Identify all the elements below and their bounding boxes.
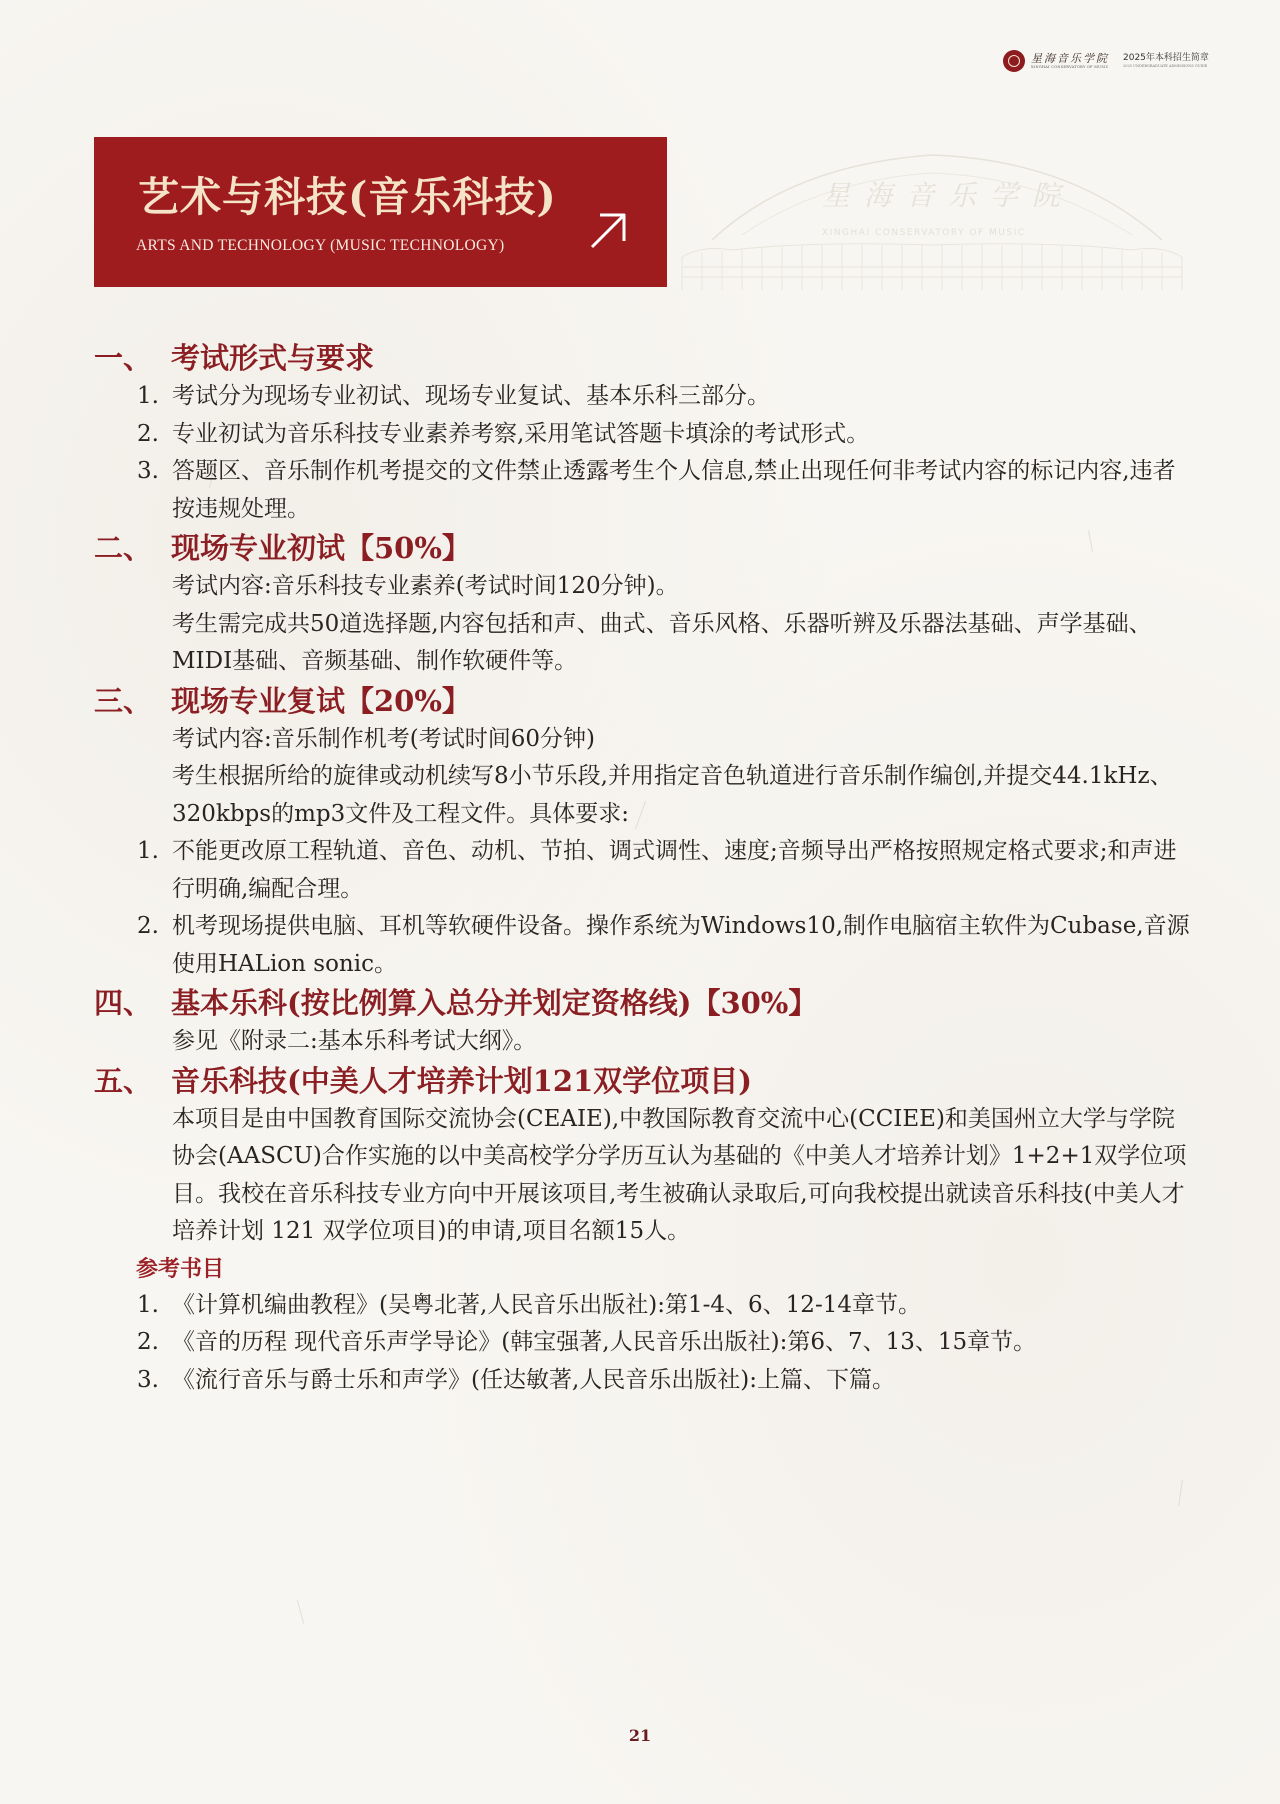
list-item-text: 答题区、音乐制作机考提交的文件禁止透露考生个人信息,禁止出现任何非考试内容的标记… <box>172 453 1194 528</box>
list-item-text: 考试分为现场专业初试、现场专业复试、基本乐科三部分。 <box>172 378 1194 416</box>
reference-text: 《流行音乐与爵士乐和声学》(任达敏著,人民音乐出版社):上篇、下篇。 <box>172 1362 1194 1400</box>
watermark-school-name: 星海音乐学院 <box>822 179 1074 212</box>
exam-requirements-content: 一、 考试形式与要求 1. 考试分为现场专业初试、现场专业复试、基本乐科三部分。… <box>94 338 1194 1399</box>
school-brand-header: 星海音乐学院 XINGHAI CONSERVATORY OF MUSIC 202… <box>1003 50 1209 72</box>
list-item: 2. 机考现场提供电脑、耳机等软硬件设备。操作系统为Windows10,制作电脑… <box>94 908 1194 983</box>
paragraph: 本项目是由中国教育国际交流协会(CEAIE),中教国际教育交流中心(CCIEE)… <box>94 1101 1194 1251</box>
paragraph: 考生需完成共50道选择题,内容包括和声、曲式、音乐风格、乐器听辨及乐器法基础、声… <box>94 606 1194 681</box>
list-item: 1. 不能更改原工程轨道、音色、动机、节拍、调式调性、速度;音频导出严格按照规定… <box>94 833 1194 908</box>
major-title-cn: 艺术与科技(音乐科技) <box>138 164 557 223</box>
reference-text: 《计算机编曲教程》(吴粤北著,人民音乐出版社):第1-4、6、12-14章节。 <box>172 1287 1194 1325</box>
major-title-banner: 艺术与科技(音乐科技) ARTS AND TECHNOLOGY (MUSIC T… <box>94 137 667 287</box>
section-heading: 一、 考试形式与要求 <box>94 338 1194 378</box>
reference-item: 3. 《流行音乐与爵士乐和声学》(任达敏著,人民音乐出版社):上篇、下篇。 <box>94 1362 1194 1400</box>
list-item-text: 机考现场提供电脑、耳机等软硬件设备。操作系统为Windows10,制作电脑宿主软… <box>172 908 1194 983</box>
brochure-title-en: 2025 UNDERGRADUATE ADMISSIONS GUIDE <box>1123 64 1209 69</box>
section-title: 现场专业初试【50%】 <box>171 528 471 568</box>
section-heading: 三、 现场专业复试【20%】 <box>94 681 1194 721</box>
section-number: 五、 <box>94 1061 171 1101</box>
section-heading: 二、 现场专业初试【50%】 <box>94 528 1194 568</box>
paragraph: 考试内容:音乐科技专业素养(考试时间120分钟)。 <box>94 568 1194 606</box>
page-number: 21 <box>0 1726 1280 1745</box>
school-seal-icon <box>1003 50 1025 72</box>
school-name-cn: 星海音乐学院 <box>1031 53 1109 65</box>
section-title: 音乐科技(中美人才培养计划121双学位项目) <box>171 1061 752 1101</box>
list-item-number: 2. <box>137 908 172 983</box>
reference-number: 3. <box>137 1362 172 1400</box>
section-number: 一、 <box>94 338 171 378</box>
list-item-number: 2. <box>137 416 172 454</box>
paragraph: 考试内容:音乐制作机考(考试时间60分钟) <box>94 721 1194 759</box>
section-title: 现场专业复试【20%】 <box>171 681 471 721</box>
references-heading: 参考书目 <box>94 1251 1194 1287</box>
list-item: 3. 答题区、音乐制作机考提交的文件禁止透露考生个人信息,禁止出现任何非考试内容… <box>94 453 1194 528</box>
list-item-text: 专业初试为音乐科技专业素养考察,采用笔试答题卡填涂的考试形式。 <box>172 416 1194 454</box>
section-number: 二、 <box>94 528 171 568</box>
list-item-number: 1. <box>137 833 172 908</box>
paragraph: 参见《附录二:基本乐科考试大纲》。 <box>94 1023 1194 1061</box>
reference-number: 1. <box>137 1287 172 1325</box>
school-building-watermark: 星海音乐学院 XINGHAI CONSERVATORY OF MUSIC <box>672 145 1192 290</box>
list-item: 1. 考试分为现场专业初试、现场专业复试、基本乐科三部分。 <box>94 378 1194 416</box>
list-item-number: 3. <box>137 453 172 528</box>
reference-number: 2. <box>137 1324 172 1362</box>
section-number: 四、 <box>94 983 171 1023</box>
paper-texture <box>1178 1480 1183 1506</box>
section-number: 三、 <box>94 681 171 721</box>
section-title: 基本乐科(按比例算入总分并划定资格线)【30%】 <box>171 983 817 1023</box>
paper-texture <box>297 1600 304 1623</box>
school-name-en: XINGHAI CONSERVATORY OF MUSIC <box>1031 65 1109 70</box>
list-item-number: 1. <box>137 378 172 416</box>
section-heading: 四、 基本乐科(按比例算入总分并划定资格线)【30%】 <box>94 983 1194 1023</box>
list-item: 2. 专业初试为音乐科技专业素养考察,采用笔试答题卡填涂的考试形式。 <box>94 416 1194 454</box>
reference-item: 2. 《音的历程 现代音乐声学导论》(韩宝强著,人民音乐出版社):第6、7、13… <box>94 1324 1194 1362</box>
list-item-text: 不能更改原工程轨道、音色、动机、节拍、调式调性、速度;音频导出严格按照规定格式要… <box>172 833 1194 908</box>
reference-item: 1. 《计算机编曲教程》(吴粤北著,人民音乐出版社):第1-4、6、12-14章… <box>94 1287 1194 1325</box>
brochure-title: 2025年本科招生简章 <box>1123 53 1209 64</box>
paragraph: 考生根据所给的旋律或动机续写8小节乐段,并用指定音色轨道进行音乐制作编创,并提交… <box>94 758 1194 833</box>
major-title-en: ARTS AND TECHNOLOGY (MUSIC TECHNOLOGY) <box>136 237 504 255</box>
section-heading: 五、 音乐科技(中美人才培养计划121双学位项目) <box>94 1061 1194 1101</box>
reference-text: 《音的历程 现代音乐声学导论》(韩宝强著,人民音乐出版社):第6、7、13、15… <box>172 1324 1194 1362</box>
arrow-up-right-icon <box>588 211 628 251</box>
watermark-school-name-en: XINGHAI CONSERVATORY OF MUSIC <box>822 228 1026 238</box>
section-title: 考试形式与要求 <box>171 338 374 378</box>
